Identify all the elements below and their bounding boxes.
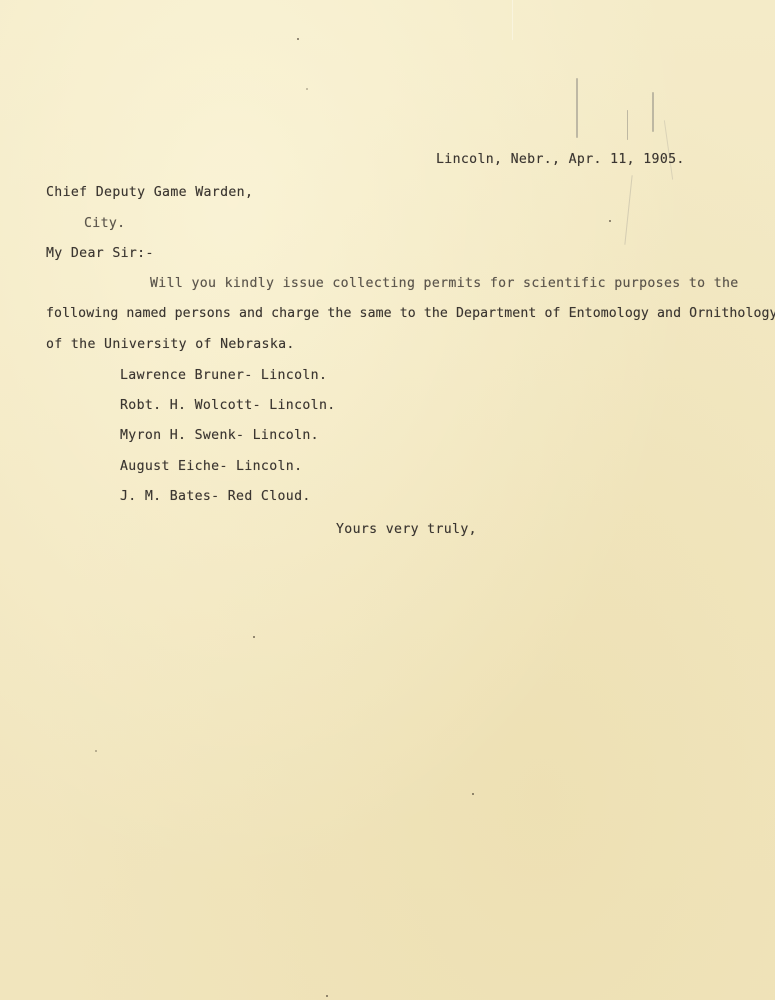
recipient-line-2: City.: [84, 216, 125, 231]
paper-speck: [253, 636, 255, 638]
letter-page: Lincoln, Nebr., Apr. 11, 1905. Chief Dep…: [0, 0, 775, 1000]
salutation: My Dear Sir:-: [46, 246, 154, 261]
person-item: Robt. H. Wolcott- Lincoln.: [120, 398, 336, 413]
person-item: J. M. Bates- Red Cloud.: [120, 489, 311, 504]
pencil-mark: [624, 175, 632, 245]
person-item: Myron H. Swenk- Lincoln.: [120, 428, 319, 443]
dateline: Lincoln, Nebr., Apr. 11, 1905.: [436, 152, 685, 167]
paper-speck: [609, 220, 611, 222]
paper-speck: [95, 750, 97, 752]
paper-speck: [297, 38, 299, 40]
closing: Yours very truly,: [336, 522, 477, 537]
body-line-1: Will you kindly issue collecting permits…: [150, 276, 739, 291]
pencil-mark: [652, 92, 654, 132]
paper-speck: [326, 995, 328, 997]
person-item: Lawrence Bruner- Lincoln.: [120, 368, 327, 383]
paper-speck: [472, 793, 474, 795]
pencil-mark: [627, 110, 628, 140]
body-line-3: of the University of Nebraska.: [46, 337, 295, 352]
person-item: August Eiche- Lincoln.: [120, 459, 302, 474]
body-line-2: following named persons and charge the s…: [46, 306, 775, 321]
recipient-line-1: Chief Deputy Game Warden,: [46, 185, 253, 200]
paper-crease: [512, 0, 513, 40]
pencil-mark: [576, 78, 578, 138]
pencil-mark: [664, 120, 673, 180]
paper-speck: [306, 88, 308, 90]
